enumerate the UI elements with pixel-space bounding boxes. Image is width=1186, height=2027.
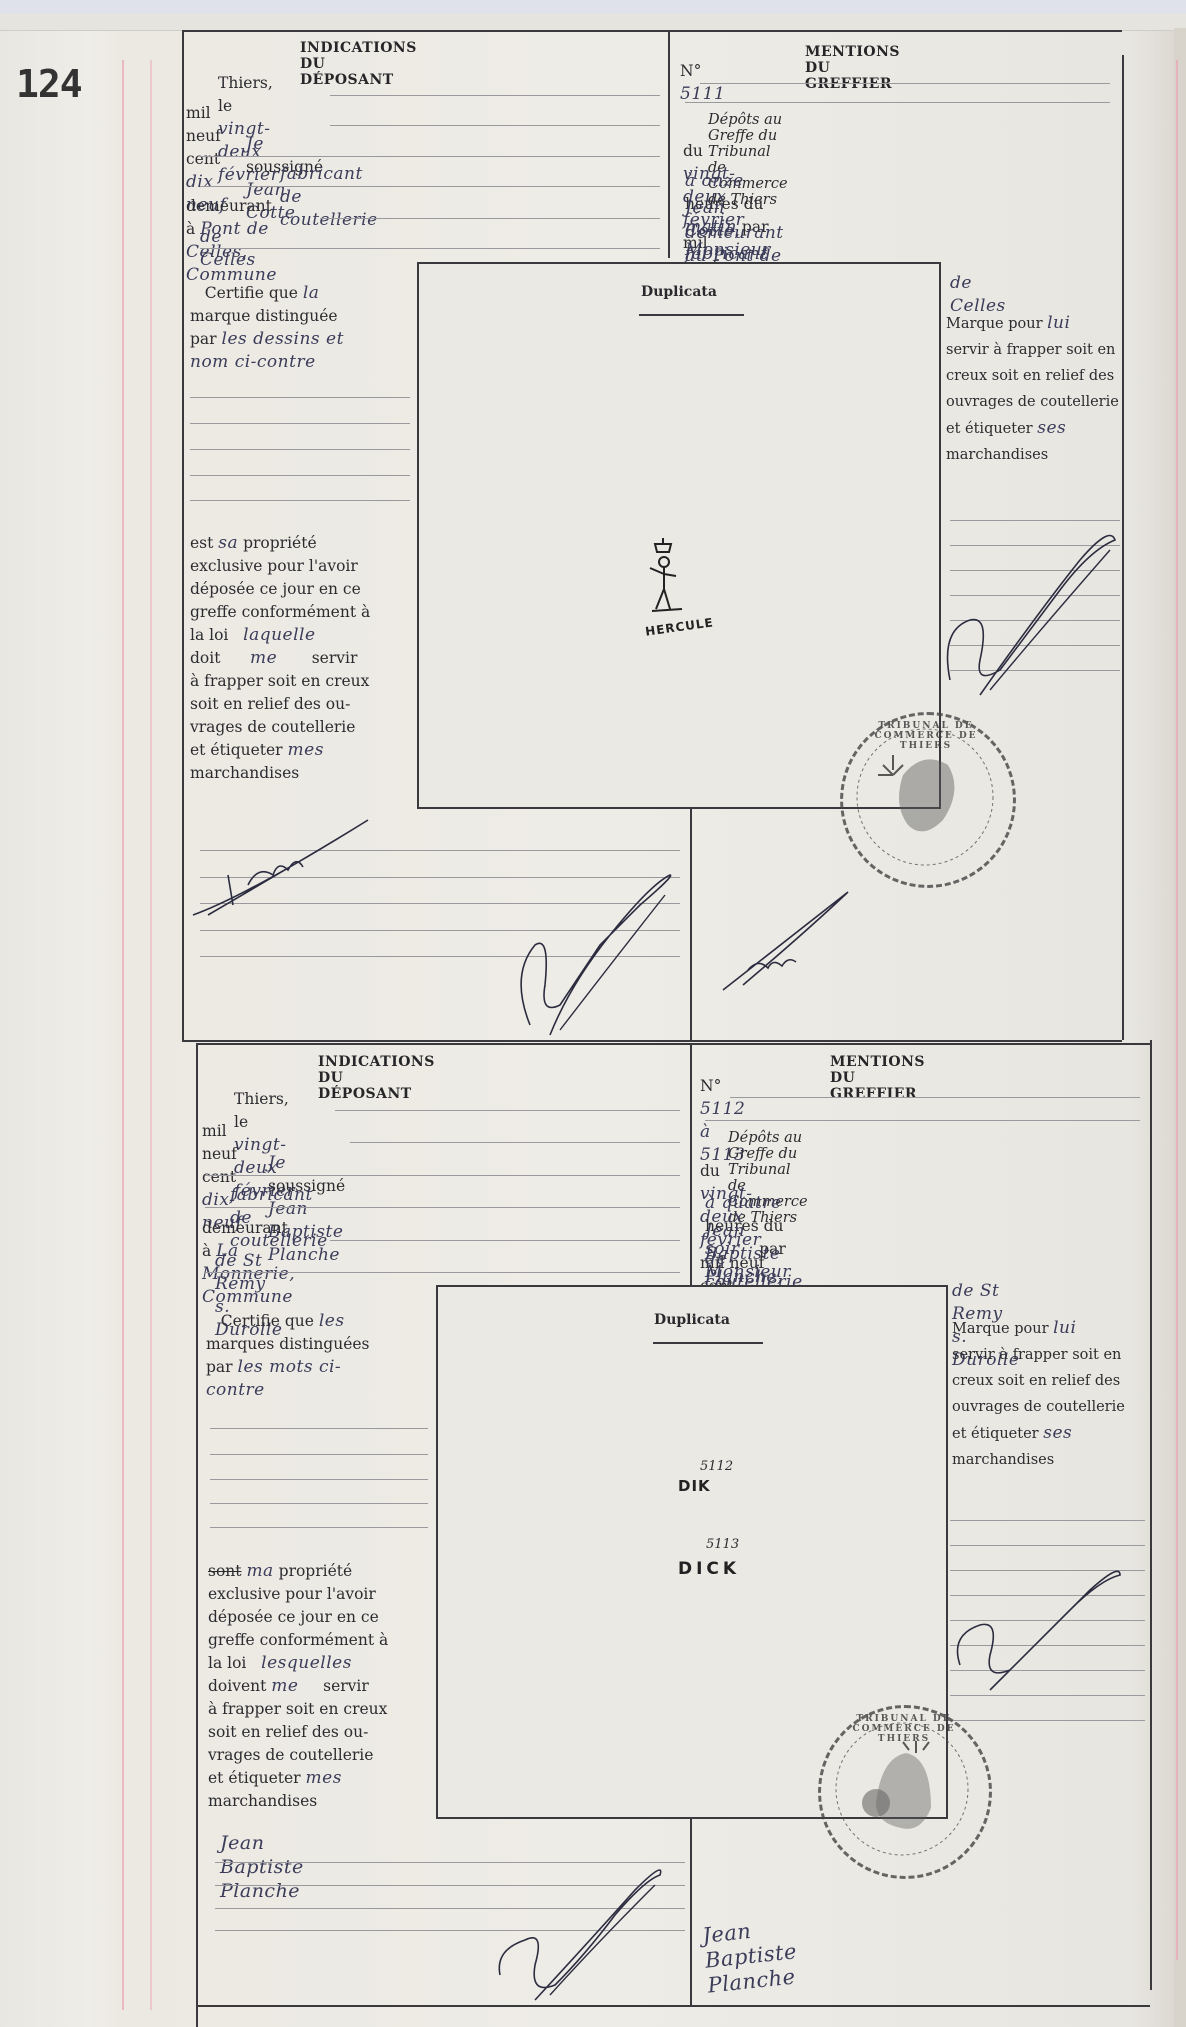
label: est — [190, 534, 213, 552]
label: marchandises — [946, 442, 1121, 468]
ruled-line — [190, 423, 410, 424]
handwritten: la — [303, 283, 320, 303]
margin-rule — [122, 60, 124, 2010]
label: N° — [680, 62, 701, 80]
frame-divider — [690, 805, 692, 1040]
label: exclusive pour l'avoir — [190, 555, 420, 578]
ruled-line — [200, 186, 660, 187]
ruled-line — [200, 248, 660, 249]
ruled-line — [335, 1110, 680, 1111]
property-clause: est sa propriété exclusive pour l'avoir … — [190, 532, 420, 785]
ruled-line — [200, 156, 660, 157]
label: et étiqueter — [952, 1426, 1039, 1442]
margin-rule — [150, 60, 152, 2010]
label: à frapper soit en creux — [190, 670, 420, 693]
ruled-line — [330, 125, 660, 126]
label: N° — [700, 1077, 721, 1095]
title-underline — [653, 1342, 763, 1344]
marque-clause: Marque pour lui servir à frapper soit en… — [952, 1315, 1142, 1473]
handwritten: Je — [246, 134, 264, 154]
duplicata-title: Duplicata — [438, 1312, 946, 1328]
handwritten: lui — [1047, 313, 1070, 333]
label: soit en relief des ou- — [208, 1721, 438, 1744]
ruled-line — [205, 1207, 680, 1208]
label: déposée ce jour en ce — [208, 1606, 438, 1629]
deposant-header: INDICATIONS DU DÉPOSANT — [318, 1054, 435, 1102]
label: Certifie que — [221, 1312, 314, 1330]
frame-left — [196, 1045, 198, 2027]
label: Marque pour — [952, 1321, 1049, 1337]
handwritten: à onze — [685, 171, 744, 191]
label: marchandises — [952, 1447, 1142, 1473]
deposant-header: INDICATIONS DU DÉPOSANT — [300, 40, 417, 88]
handwritten: me — [250, 648, 277, 668]
signature-greffier — [495, 1855, 675, 2005]
trademark-text: DIK — [678, 1477, 711, 1495]
label: la loi — [208, 1654, 246, 1672]
signature-greffier — [950, 1555, 1130, 1695]
page-top-edge — [0, 14, 1186, 31]
handwritten: ses — [1043, 1423, 1072, 1443]
ruled-line — [330, 1240, 680, 1241]
handwritten-signature: Jean Baptiste Planche — [701, 1919, 798, 1998]
handwritten: lui — [1053, 1318, 1076, 1338]
handwritten: ses — [1037, 418, 1066, 438]
label: servir à frapper soit en — [952, 1342, 1142, 1368]
ruled-line — [705, 1120, 1140, 1121]
ruled-line — [950, 1520, 1145, 1521]
handwritten: à quatre — [705, 1193, 782, 1213]
handwritten-profession: fabricant de coutellerie — [280, 164, 378, 230]
ruled-line — [210, 1454, 428, 1455]
label: Marque pour — [946, 316, 1043, 332]
handwritten: me — [271, 1676, 298, 1696]
label: Certifie que — [205, 284, 298, 302]
ruled-line — [190, 500, 410, 501]
label: exclusive pour l'avoir — [208, 1583, 438, 1606]
label: greffe conformément à — [190, 601, 420, 624]
ruled-line — [950, 1695, 1145, 1696]
handwritten: les mots ci- — [238, 1357, 342, 1377]
label: à frapper soit en creux — [208, 1698, 438, 1721]
ruled-line — [190, 397, 410, 398]
ruled-line — [950, 1545, 1145, 1546]
ruled-line — [210, 1527, 428, 1528]
frame-top — [196, 1043, 1150, 1045]
mark-number: 5113 — [706, 1537, 739, 1552]
label: sont — [208, 1562, 242, 1580]
frame-right — [1150, 1040, 1152, 1990]
handwritten: les dessins et — [222, 329, 344, 349]
frame-bottom — [182, 1040, 1122, 1042]
label: vrages de coutellerie — [190, 716, 420, 739]
certifie-block: Certifie que la marque distinguée par le… — [190, 282, 420, 374]
ruled-line — [210, 1503, 428, 1504]
label: et étiqueter — [190, 741, 283, 759]
ruled-line — [210, 1428, 428, 1429]
greffier-header: MENTIONS DU GREFFIER — [830, 1054, 925, 1102]
handwritten: Je — [268, 1153, 286, 1173]
label: mil neuf cent — [202, 1122, 237, 1186]
label: du — [700, 1162, 720, 1180]
address-line-2: de Celles — [200, 226, 256, 272]
label: par — [190, 330, 217, 348]
signature-greffier — [490, 855, 690, 1040]
mark-number: 5112 — [700, 1459, 733, 1474]
ruled-line — [730, 1097, 1140, 1098]
ruled-line — [205, 1272, 680, 1273]
frame-left — [182, 30, 184, 1040]
handwritten-number: 5111 — [680, 84, 725, 104]
label: servir — [323, 1677, 369, 1695]
tribunal-stamp: TRIBUNAL DE COMMERCE DE THIERS — [840, 712, 1016, 888]
label: mil neuf cent — [186, 104, 221, 168]
certifie-block: Certifie que les marques distinguées par… — [206, 1310, 436, 1402]
frame-divider — [690, 1045, 692, 1288]
label: marque distinguée — [190, 305, 420, 328]
label: servir à frapper soit en — [946, 337, 1121, 363]
frame-right — [1122, 55, 1124, 1040]
label: creux soit en relief des — [952, 1368, 1142, 1394]
margin-rule — [1176, 60, 1178, 1960]
signature-deposant-greffe — [718, 880, 868, 1000]
label: servir — [312, 649, 358, 667]
register-page: 124 INDICATIONS DU DÉPOSANT Thiers, le v… — [0, 0, 1186, 2027]
handwritten: lesquelles — [261, 1653, 352, 1673]
label: du — [683, 142, 703, 160]
handwritten: contre — [206, 1379, 436, 1402]
page-number: 124 — [16, 62, 82, 106]
frame-divider — [690, 1815, 692, 2005]
tribunal-stamp: TRIBUNAL DE COMMERCE DE THIERS — [818, 1705, 992, 1879]
ruled-line — [700, 83, 1110, 84]
label: et étiqueter — [208, 1769, 301, 1787]
signature-deposant: Jean Baptiste Planche — [220, 1832, 304, 1904]
title-underline — [639, 314, 744, 316]
label: déposée ce jour en ce — [190, 578, 420, 601]
handwritten: les — [319, 1311, 345, 1331]
property-clause: sont ma propriété exclusive pour l'avoir… — [208, 1560, 438, 1813]
ruled-line — [350, 1142, 680, 1143]
ruled-line — [210, 1479, 428, 1480]
ruled-line — [190, 475, 410, 476]
signature-deposant — [188, 805, 388, 925]
label: marques distinguées — [206, 1333, 436, 1356]
handwritten: ma — [246, 1561, 273, 1581]
label: greffe conformément à — [208, 1629, 438, 1652]
hercules-figure-icon — [637, 534, 707, 629]
ruled-line — [320, 218, 660, 219]
handwritten: mes — [306, 1768, 342, 1788]
trademark-text: DICK — [678, 1559, 740, 1579]
profession-line: fabricant de coutellerie — [280, 163, 378, 232]
label: par — [206, 1358, 233, 1376]
label: creux soit en relief des — [946, 363, 1121, 389]
stamp-text: TRIBUNAL DE COMMERCE DE THIERS — [851, 721, 1001, 751]
ruled-line — [685, 102, 1110, 103]
ruled-line — [190, 449, 410, 450]
handwritten: laquelle — [243, 625, 315, 645]
label: la loi — [190, 626, 228, 644]
handwritten-signature: Jean Baptiste Planche — [220, 1832, 304, 1902]
signature-deposant-greffe: Jean Baptiste Planche — [701, 1915, 801, 1999]
label: ouvrages de coutellerie — [952, 1394, 1142, 1420]
label: et étiqueter — [946, 421, 1033, 437]
label: marchandises — [208, 1790, 438, 1813]
label: vrages de coutellerie — [208, 1744, 438, 1767]
frame-divider — [668, 30, 670, 258]
label: soit en relief des ou- — [190, 693, 420, 716]
label: propriété — [279, 1562, 353, 1580]
label: doivent — [208, 1677, 266, 1695]
signature-greffier — [940, 520, 1120, 700]
ruled-line — [330, 95, 660, 96]
label: marchandises — [190, 762, 420, 785]
marque-clause: Marque pour lui servir à frapper soit en… — [946, 310, 1121, 468]
frame-bottom — [196, 2005, 1150, 2007]
handwritten: sa — [218, 533, 238, 553]
ruled-line — [205, 1175, 680, 1176]
stamp-text: TRIBUNAL DE COMMERCE DE THIERS — [829, 1714, 979, 1744]
label: ouvrages de coutellerie — [946, 389, 1121, 415]
label: propriété — [243, 534, 317, 552]
handwritten: nom ci-contre — [190, 351, 420, 374]
duplicata-title: Duplicata — [419, 284, 939, 300]
greffier-header: MENTIONS DU GREFFIER — [805, 44, 900, 92]
frame-top — [182, 30, 1122, 32]
label: doit — [190, 649, 220, 667]
handwritten: mes — [288, 740, 324, 760]
